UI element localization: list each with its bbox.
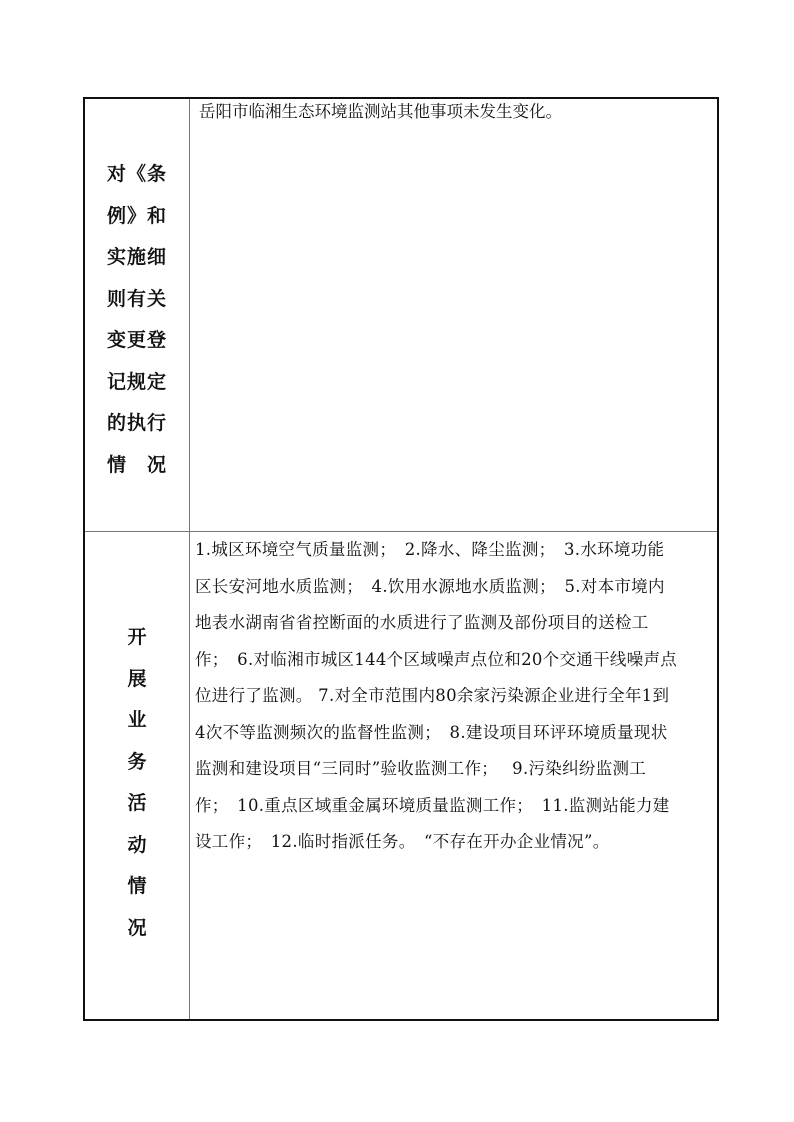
- label-line: 例》和: [85, 196, 189, 238]
- label-line: 的执行: [85, 403, 189, 445]
- label-line: 开: [85, 617, 189, 659]
- label-line: 对《条: [85, 154, 189, 196]
- label-line: 务: [85, 742, 189, 784]
- content-line: 岳阳市临湘生态环境监测站其他事项未发生变化。: [199, 99, 719, 125]
- content-line: 区长安河地水质监测； 4.饮用水源地水质监测； 5.对本市境内: [195, 569, 715, 606]
- report-table: 对《条 例》和 实施细 则有关 变更登 记规定 的执行 情 况 岳阳市临湘生态环…: [83, 97, 719, 1021]
- label-line: 实施细: [85, 237, 189, 279]
- label-line: 记规定: [85, 362, 189, 404]
- content-line: 监测和建设项目“三同时”验收监测工作； 9.污染纠纷监测工: [195, 751, 715, 788]
- content-line: 1.城区环境空气质量监测； 2.降水、降尘监测； 3.水环境功能: [195, 532, 715, 569]
- label-line: 业: [85, 700, 189, 742]
- label-line: 活: [85, 783, 189, 825]
- row-content-regulation-compliance: 岳阳市临湘生态环境监测站其他事项未发生变化。: [199, 99, 719, 125]
- column-divider: [189, 99, 190, 1019]
- label-line: 动: [85, 825, 189, 867]
- label-line: 况: [85, 908, 189, 950]
- label-line: 变更登: [85, 320, 189, 362]
- row-label-business-activities: 开 展 业 务 活 动 情 况: [85, 617, 189, 949]
- label-line: 情: [85, 866, 189, 908]
- content-line: 4次不等监测频次的监督性监测； 8.建设项目环评环境质量现状: [195, 715, 715, 752]
- content-line: 作； 6.对临湘市城区144个区域噪声点位和20个交通干线噪声点: [195, 642, 715, 679]
- row-label-regulation-compliance: 对《条 例》和 实施细 则有关 变更登 记规定 的执行 情 况: [85, 154, 189, 486]
- label-line: 则有关: [85, 279, 189, 321]
- content-line: 位进行了监测。 7.对全市范围内80余家污染源企业进行全年1到: [195, 678, 715, 715]
- content-line: 作； 10.重点区域重金属环境质量监测工作； 11.监测站能力建: [195, 788, 715, 825]
- label-line: 展: [85, 659, 189, 701]
- row-content-business-activities: 1.城区环境空气质量监测； 2.降水、降尘监测； 3.水环境功能 区长安河地水质…: [195, 532, 715, 861]
- content-line: 设工作； 12.临时指派任务。 “不存在开办企业情况”。: [195, 824, 715, 861]
- content-line: 地表水湖南省省控断面的水质进行了监测及部份项目的送检工: [195, 605, 715, 642]
- label-line: 情 况: [85, 445, 189, 487]
